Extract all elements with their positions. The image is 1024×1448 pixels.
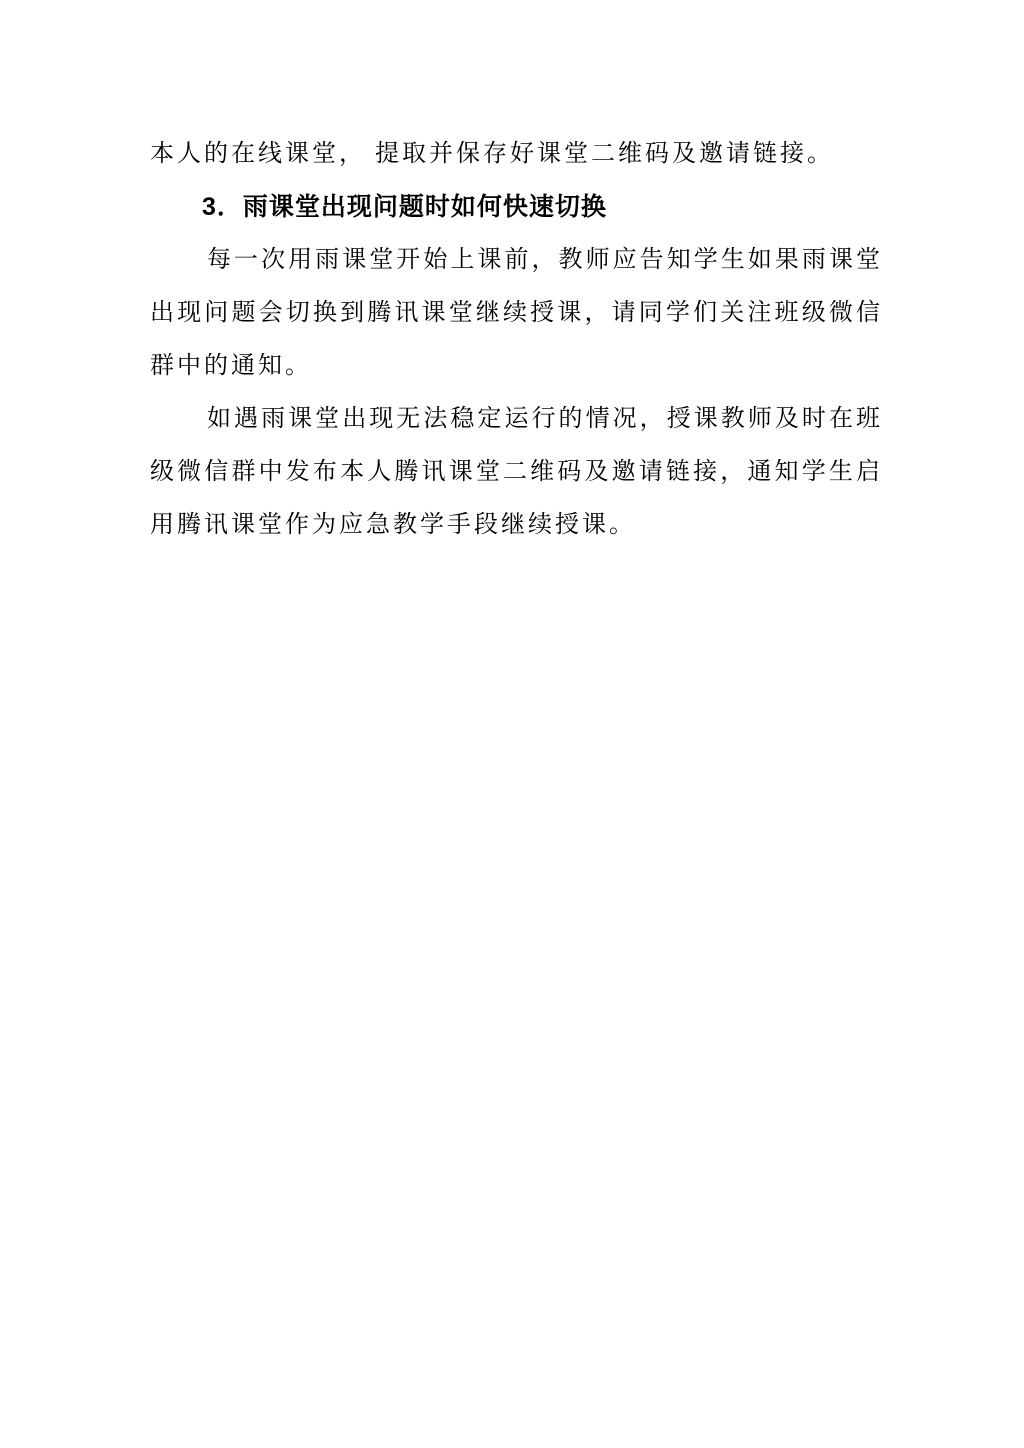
section-heading: 3．雨课堂出现问题时如何快速切换 [150, 181, 883, 234]
paragraph: 如遇雨课堂出现无法稳定运行的情况，授课教师及时在班级微信群中发布本人腾讯课堂二维… [150, 393, 883, 552]
document-content: 本人的在线课堂， 提取并保存好课堂二维码及邀请链接。 3．雨课堂出现问题时如何快… [150, 128, 883, 552]
paragraph-continuation: 本人的在线课堂， 提取并保存好课堂二维码及邀请链接。 [150, 128, 883, 181]
paragraph: 每一次用雨课堂开始上课前，教师应告知学生如果雨课堂出现问题会切换到腾讯课堂继续授… [150, 234, 883, 393]
document-page: 本人的在线课堂， 提取并保存好课堂二维码及邀请链接。 3．雨课堂出现问题时如何快… [0, 0, 1024, 1448]
